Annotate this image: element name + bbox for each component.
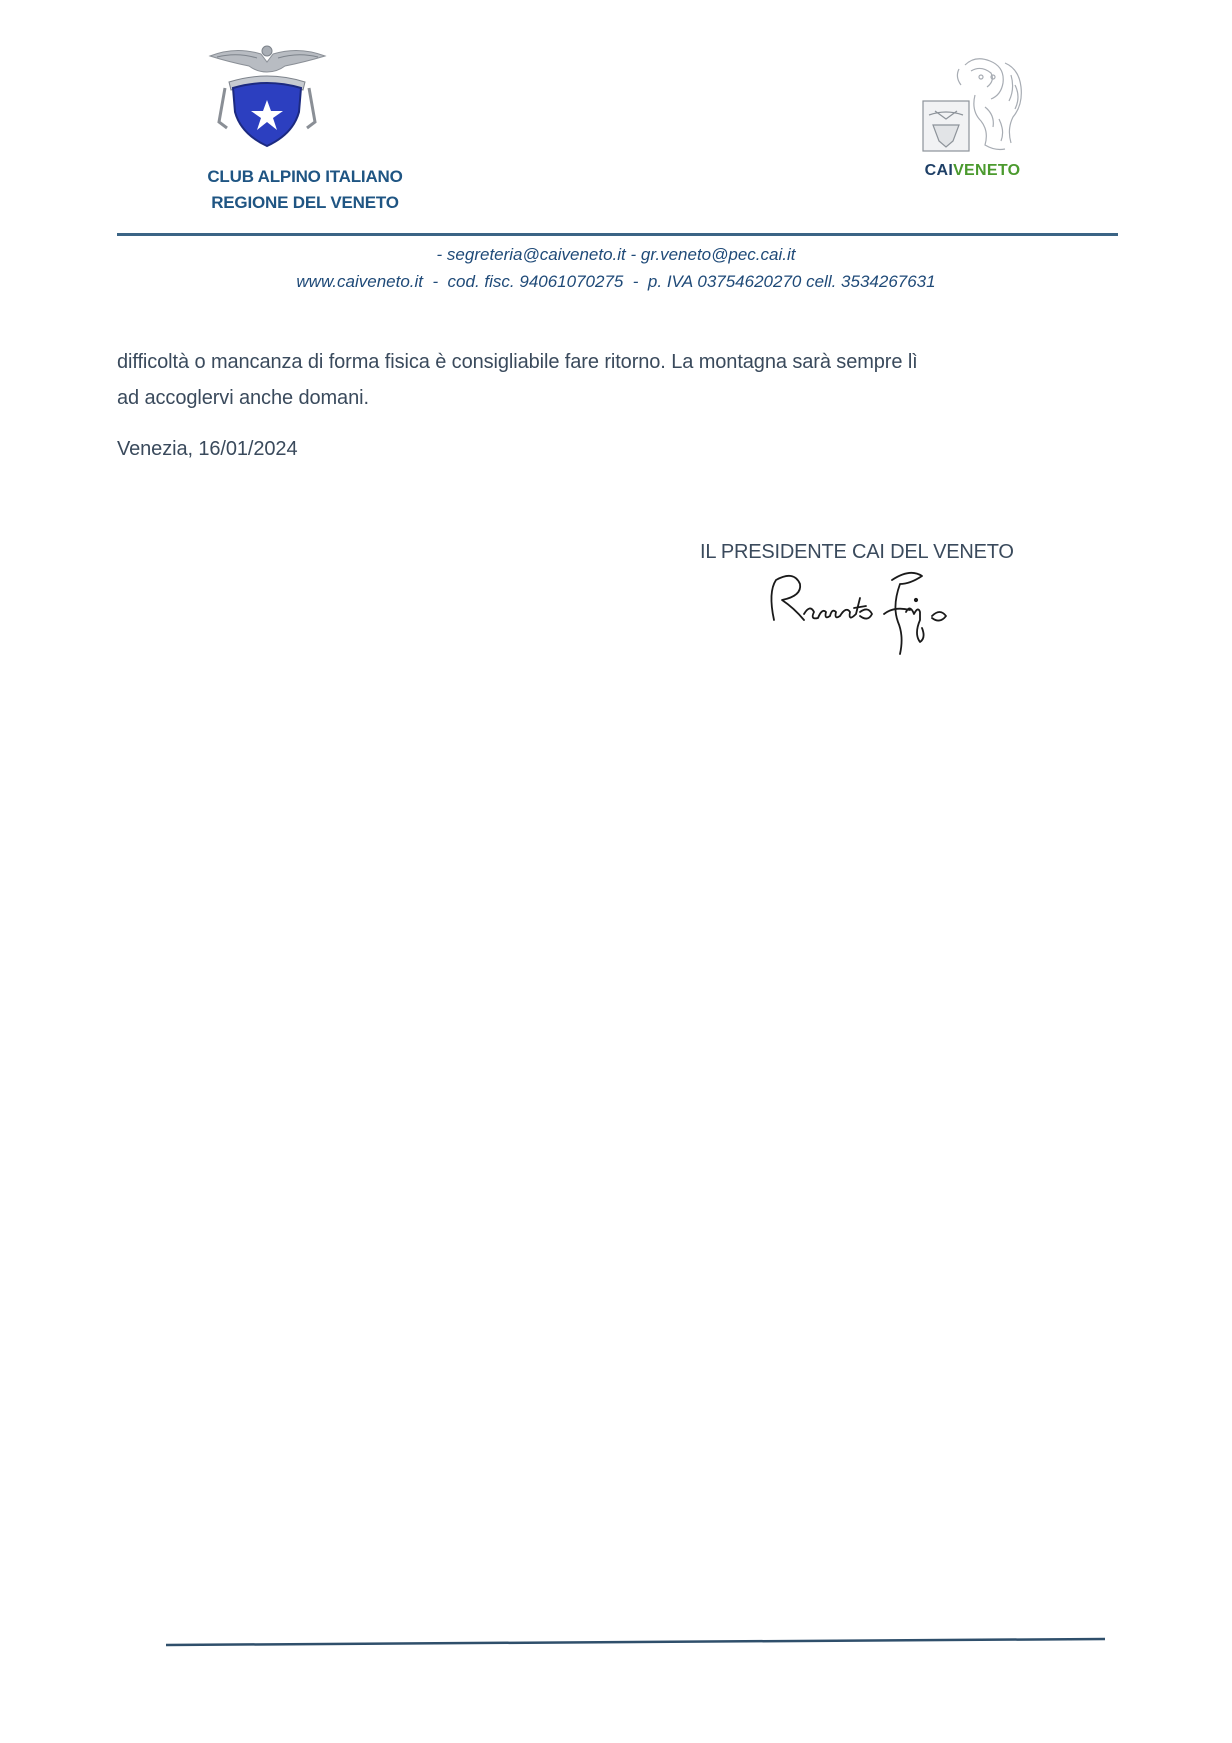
- footer-divider: [166, 1637, 1105, 1647]
- header-divider: [117, 233, 1118, 236]
- paragraph-line: ad accoglervi anche domani.: [117, 387, 369, 410]
- caiveneto-wordmark: CAIVENETO: [905, 162, 1040, 180]
- caiveneto-lion-icon: [915, 55, 1030, 160]
- org-name-line-2: REGIONE DEL VENETO: [140, 190, 470, 216]
- wordmark-veneto: VENETO: [953, 162, 1020, 179]
- paragraph-line: difficoltà o mancanza di forma fisica è …: [117, 351, 918, 374]
- contact-details: www.caiveneto.it - cod. fisc. 9406107027…: [0, 272, 1232, 292]
- contact-emails: - segreteria@caiveneto.it - gr.veneto@pe…: [0, 245, 1232, 265]
- org-name-line-1: CLUB ALPINO ITALIANO: [140, 164, 470, 190]
- place-and-date: Venezia, 16/01/2024: [117, 438, 297, 461]
- signature-title: IL PRESIDENTE CAI DEL VENETO: [700, 541, 1014, 564]
- cai-eagle-shield-icon: [205, 42, 330, 152]
- wordmark-cai: CAI: [925, 162, 953, 179]
- organization-name: CLUB ALPINO ITALIANO REGIONE DEL VENETO: [140, 164, 470, 216]
- handwritten-signature: [760, 562, 1000, 662]
